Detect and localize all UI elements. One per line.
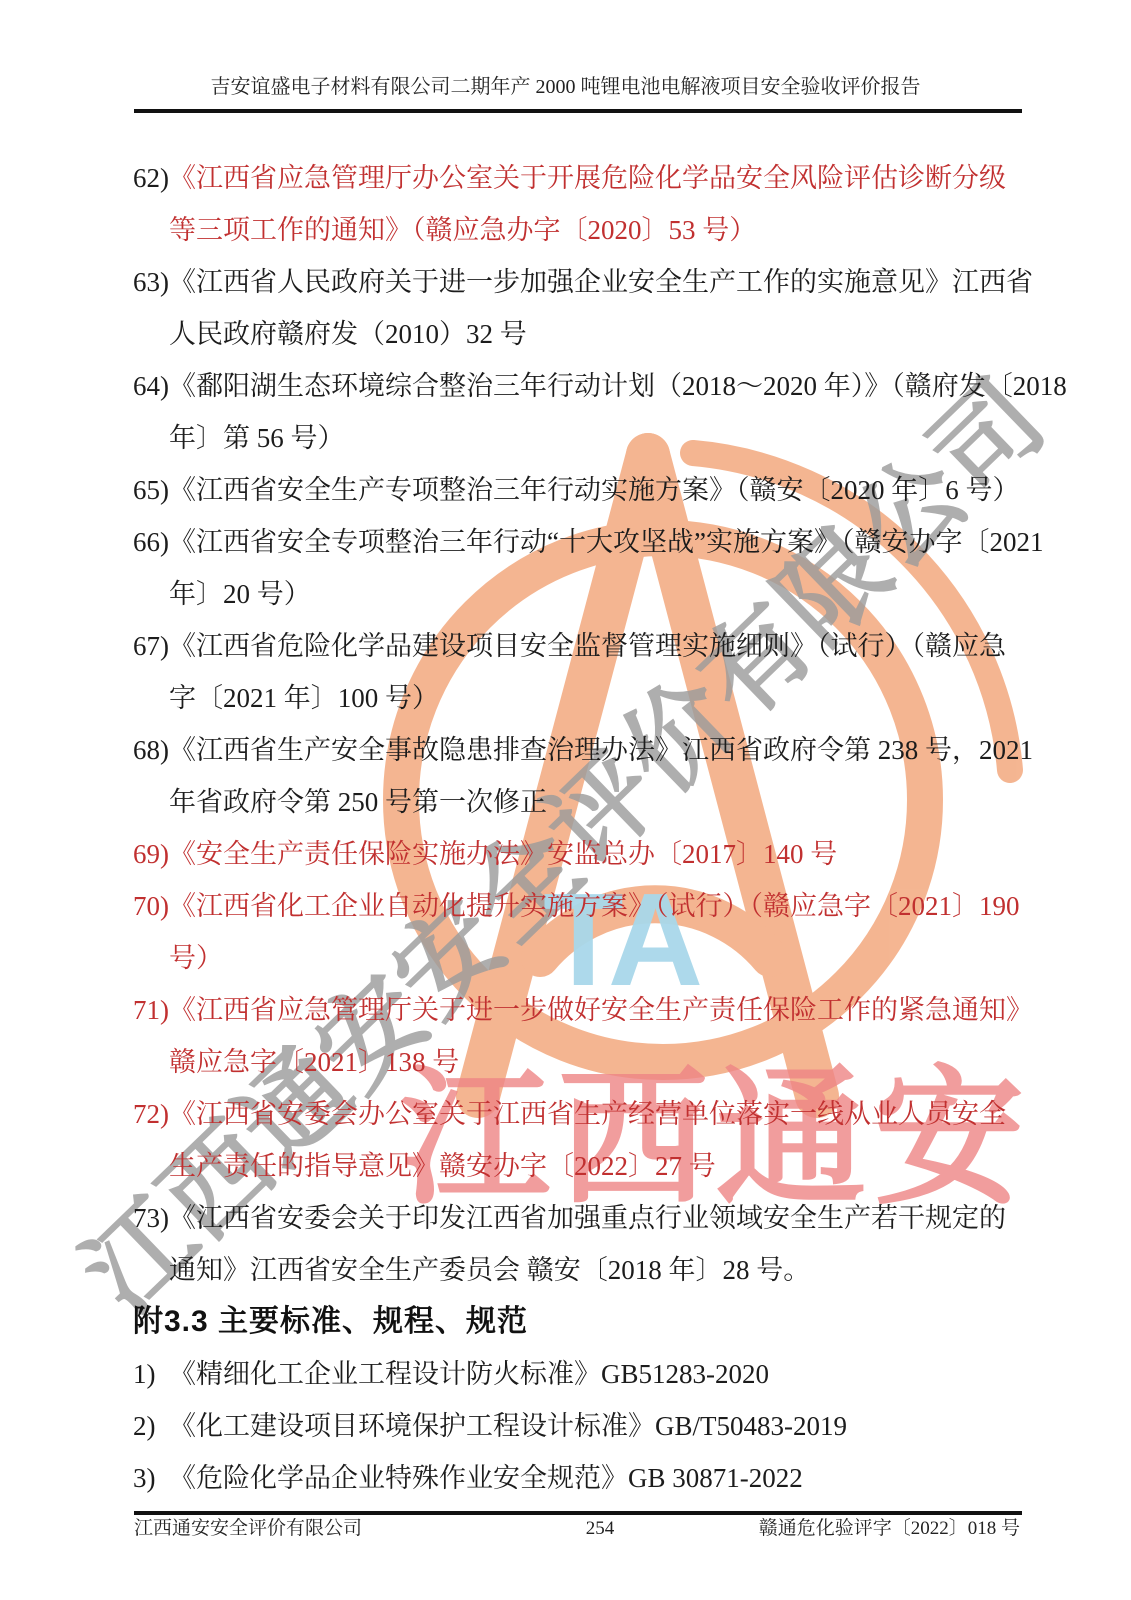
item-text: 号） bbox=[169, 932, 223, 984]
regulation-item-line: 64)《鄱阳湖生态环境综合整治三年行动计划（2018～2020 年）》（赣府发〔… bbox=[133, 360, 1028, 412]
item-text: 等三项工作的通知》（赣应急办字〔2020〕53 号） bbox=[169, 204, 756, 256]
standard-item-line: 2)《化工建设项目环境保护工程设计标准》GB/T50483-2019 bbox=[133, 1400, 1028, 1452]
item-text: 《鄱阳湖生态环境综合整治三年行动计划（2018～2020 年）》（赣府发〔201… bbox=[169, 360, 1067, 412]
item-text: 《江西省人民政府关于进一步加强企业安全生产工作的实施意见》江西省 bbox=[169, 256, 1033, 308]
item-text: 人民政府赣府发（2010）32 号 bbox=[169, 308, 527, 360]
standard-item-line: 3)《危险化学品企业特殊作业安全规范》GB 30871-2022 bbox=[133, 1452, 1028, 1504]
page-content: 吉安谊盛电子材料有限公司二期年产 2000 吨锂电池电解液项目安全验收评价报告 … bbox=[0, 0, 1131, 1600]
regulation-item-line: 号） bbox=[133, 932, 1028, 984]
footer-rule bbox=[134, 1511, 1022, 1515]
item-text: 《江西省化工企业自动化提升实施方案》（试行）（赣应急字〔2021〕190 bbox=[169, 880, 1020, 932]
regulation-item-line: 年省政府令第 250 号第一次修正 bbox=[133, 776, 1028, 828]
item-text: 年省政府令第 250 号第一次修正 bbox=[169, 776, 547, 828]
item-text: 《精细化工企业工程设计防火标准》GB51283-2020 bbox=[169, 1348, 769, 1400]
item-number: 71) bbox=[133, 984, 169, 1036]
item-text: 《江西省安委会关于印发江西省加强重点行业领域安全生产若干规定的 bbox=[169, 1192, 1006, 1244]
regulation-item-line: 70)《江西省化工企业自动化提升实施方案》（试行）（赣应急字〔2021〕190 bbox=[133, 880, 1028, 932]
item-number: 64) bbox=[133, 360, 169, 412]
regulation-item-line: 人民政府赣府发（2010）32 号 bbox=[133, 308, 1028, 360]
regulation-item-line: 63)《江西省人民政府关于进一步加强企业安全生产工作的实施意见》江西省 bbox=[133, 256, 1028, 308]
item-number: 72) bbox=[133, 1088, 169, 1140]
regulation-item-line: 年〕第 56 号） bbox=[133, 412, 1028, 464]
regulation-item-line: 68)《江西省生产安全事故隐患排查治理办法》江西省政府令第 238 号，2021 bbox=[133, 724, 1028, 776]
item-text: 《江西省安委会办公室关于江西省生产经营单位落实一线从业人员安全 bbox=[169, 1088, 1006, 1140]
item-number: 73) bbox=[133, 1192, 169, 1244]
regulation-item-line: 生产责任的指导意见》赣安办字〔2022〕27 号 bbox=[133, 1140, 1028, 1192]
item-text: 《江西省生产安全事故隐患排查治理办法》江西省政府令第 238 号，2021 bbox=[169, 724, 1033, 776]
item-text: 生产责任的指导意见》赣安办字〔2022〕27 号 bbox=[169, 1140, 716, 1192]
regulation-item-line: 72)《江西省安委会办公室关于江西省生产经营单位落实一线从业人员安全 bbox=[133, 1088, 1028, 1140]
regulation-item-line: 通知》江西省安全生产委员会 赣安〔2018 年〕28 号。 bbox=[133, 1244, 1028, 1296]
regulation-item-line: 71)《江西省应急管理厅关于进一步做好安全生产责任保险工作的紧急通知》 bbox=[133, 984, 1028, 1036]
header-rule bbox=[134, 109, 1022, 113]
regulation-item-line: 69)《安全生产责任保险实施办法》安监总办〔2017〕140 号 bbox=[133, 828, 1028, 880]
item-text: 《江西省安全专项整治三年行动“十大攻坚战”实施方案》（赣安办字〔2021 bbox=[169, 516, 1043, 568]
item-text: 年〕20 号） bbox=[169, 568, 311, 620]
regulation-item-line: 62)《江西省应急管理厅办公室关于开展危险化学品安全风险评估诊断分级 bbox=[133, 152, 1028, 204]
regulation-item-line: 66)《江西省安全专项整治三年行动“十大攻坚战”实施方案》（赣安办字〔2021 bbox=[133, 516, 1028, 568]
item-number: 68) bbox=[133, 724, 169, 776]
item-number: 62) bbox=[133, 152, 169, 204]
item-text: 字〔2021 年〕100 号） bbox=[169, 672, 439, 724]
regulation-item-line: 65)《江西省安全生产专项整治三年行动实施方案》（赣安〔2020 年〕6 号） bbox=[133, 464, 1028, 516]
regulation-item-line: 等三项工作的通知》（赣应急办字〔2020〕53 号） bbox=[133, 204, 1028, 256]
item-number: 2) bbox=[133, 1400, 156, 1452]
footer-page-number: 254 bbox=[465, 1516, 735, 1542]
item-text: 《化工建设项目环境保护工程设计标准》GB/T50483-2019 bbox=[169, 1400, 847, 1452]
item-text: 赣应急字〔2021〕138 号 bbox=[169, 1036, 459, 1088]
regulation-item-line: 67)《江西省危险化学品建设项目安全监督管理实施细则》（试行）（赣应急 bbox=[133, 620, 1028, 672]
item-text: 年〕第 56 号） bbox=[169, 412, 345, 464]
footer-company: 江西通安安全评价有限公司 bbox=[134, 1516, 362, 1542]
regulation-item-line: 73)《江西省安委会关于印发江西省加强重点行业领域安全生产若干规定的 bbox=[133, 1192, 1028, 1244]
item-text: 《危险化学品企业特殊作业安全规范》GB 30871-2022 bbox=[169, 1452, 803, 1504]
report-page: 江西通安安全评价有限公司 TA 江西通安 吉安谊盛电子材料有限公司二期年产 20… bbox=[0, 0, 1131, 1600]
item-text: 《安全生产责任保险实施办法》安监总办〔2017〕140 号 bbox=[169, 828, 837, 880]
regulation-item-line: 赣应急字〔2021〕138 号 bbox=[133, 1036, 1028, 1088]
standard-item-line: 1)《精细化工企业工程设计防火标准》GB51283-2020 bbox=[133, 1348, 1028, 1400]
item-text: 《江西省安全生产专项整治三年行动实施方案》（赣安〔2020 年〕6 号） bbox=[169, 464, 1020, 516]
item-text: 《江西省应急管理厅办公室关于开展危险化学品安全风险评估诊断分级 bbox=[169, 152, 1006, 204]
regulation-item-line: 年〕20 号） bbox=[133, 568, 1028, 620]
regulation-item-line: 字〔2021 年〕100 号） bbox=[133, 672, 1028, 724]
item-number: 66) bbox=[133, 516, 169, 568]
item-number: 63) bbox=[133, 256, 169, 308]
item-number: 3) bbox=[133, 1452, 156, 1504]
section-heading: 附3.3 主要标准、规程、规范 bbox=[133, 1296, 1028, 1348]
item-text: 通知》江西省安全生产委员会 赣安〔2018 年〕28 号。 bbox=[169, 1244, 810, 1296]
item-number: 70) bbox=[133, 880, 169, 932]
item-number: 1) bbox=[133, 1348, 156, 1400]
item-number: 69) bbox=[133, 828, 169, 880]
item-text: 《江西省应急管理厅关于进一步做好安全生产责任保险工作的紧急通知》 bbox=[169, 984, 1033, 1036]
item-text: 《江西省危险化学品建设项目安全监督管理实施细则》（试行）（赣应急 bbox=[169, 620, 1006, 672]
item-number: 65) bbox=[133, 464, 169, 516]
report-header-title: 吉安谊盛电子材料有限公司二期年产 2000 吨锂电池电解液项目安全验收评价报告 bbox=[0, 70, 1131, 104]
footer-doc-number: 赣通危化验评字〔2022〕018 号 bbox=[759, 1516, 1020, 1542]
item-number: 67) bbox=[133, 620, 169, 672]
